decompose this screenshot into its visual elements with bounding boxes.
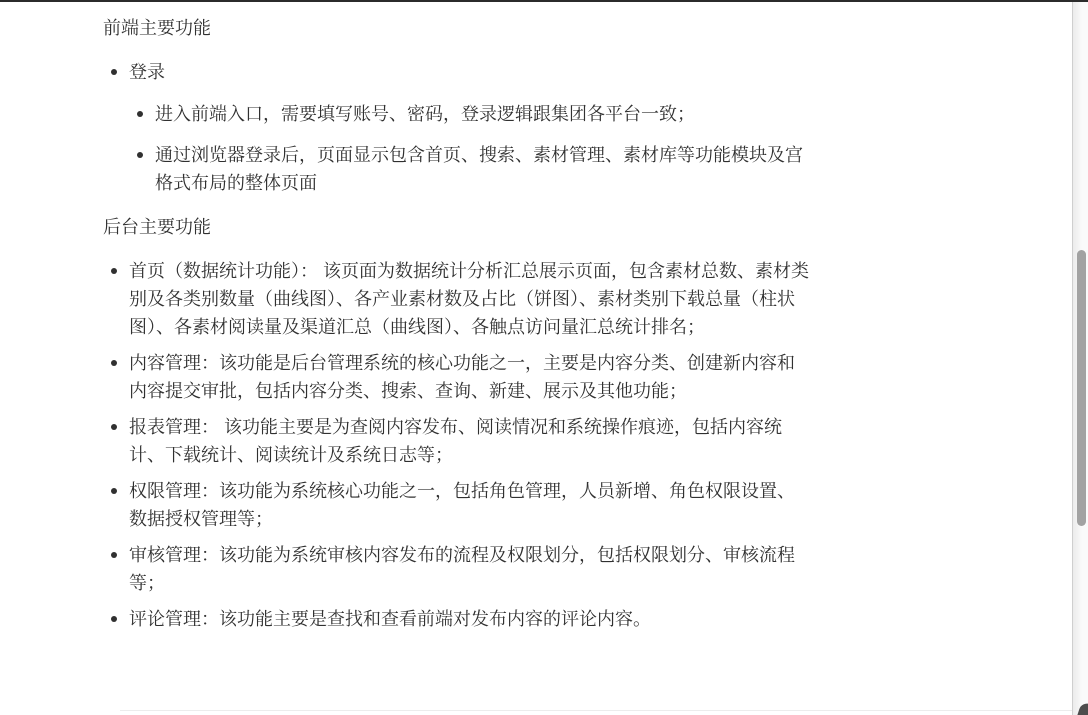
list-item-text: 评论管理：该功能主要是查找和查看前端对发布内容的评论内容。 bbox=[129, 609, 651, 629]
list-item-text: 内容管理：该功能是后台管理系统的核心功能之一，主要是内容分类、创建新内容和内容提… bbox=[129, 353, 795, 401]
list-item: 首页（数据统计功能）： 该页面为数据统计分析汇总展示页面，包含素材总数、素材类别… bbox=[129, 257, 810, 341]
bullet-icon bbox=[111, 488, 117, 494]
frontend-feature-list: 登录 进入前端入口，需要填写账号、密码，登录逻辑跟集团各平台一致； 通过浏览器登… bbox=[103, 58, 810, 197]
section-heading-backend: 后台主要功能 bbox=[103, 213, 810, 241]
scrollbar-track[interactable] bbox=[1072, 0, 1088, 715]
bullet-icon bbox=[111, 360, 117, 366]
list-item-text: 通过浏览器登录后，页面显示包含首页、搜索、素材管理、素材库等功能模块及宫格式布局… bbox=[155, 145, 803, 193]
list-item: 权限管理：该功能为系统核心功能之一，包括角色管理，人员新增、角色权限设置、数据授… bbox=[129, 477, 810, 533]
list-item: 进入前端入口，需要填写账号、密码，登录逻辑跟集团各平台一致； bbox=[155, 100, 810, 128]
bullet-icon bbox=[137, 152, 143, 158]
list-item-text: 审核管理：该功能为系统审核内容发布的流程及权限划分，包括权限划分、审核流程等； bbox=[129, 545, 795, 593]
bullet-icon bbox=[137, 111, 143, 117]
backend-feature-list: 首页（数据统计功能）： 该页面为数据统计分析汇总展示页面，包含素材总数、素材类别… bbox=[103, 257, 810, 633]
bullet-icon bbox=[111, 616, 117, 622]
login-sub-list: 进入前端入口，需要填写账号、密码，登录逻辑跟集团各平台一致； 通过浏览器登录后，… bbox=[129, 100, 810, 197]
list-item-text: 登录 bbox=[129, 62, 165, 82]
list-item: 通过浏览器登录后，页面显示包含首页、搜索、素材管理、素材库等功能模块及宫格式布局… bbox=[155, 141, 810, 197]
list-item: 报表管理： 该功能主要是为查阅内容发布、阅读情况和系统操作痕迹，包括内容统计、下… bbox=[129, 413, 810, 469]
bullet-icon bbox=[111, 69, 117, 75]
list-item: 内容管理：该功能是后台管理系统的核心功能之一，主要是内容分类、创建新内容和内容提… bbox=[129, 349, 810, 405]
list-item-text: 首页（数据统计功能）： 该页面为数据统计分析汇总展示页面，包含素材总数、素材类别… bbox=[129, 261, 809, 337]
window-top-border bbox=[0, 0, 1088, 2]
document-body: 前端主要功能 登录 进入前端入口，需要填写账号、密码，登录逻辑跟集团各平台一致；… bbox=[103, 2, 810, 641]
list-item: 审核管理：该功能为系统审核内容发布的流程及权限划分，包括权限划分、审核流程等； bbox=[129, 541, 810, 597]
bullet-icon bbox=[111, 268, 117, 274]
scrollbar-thumb[interactable] bbox=[1077, 250, 1086, 526]
list-item-text: 权限管理：该功能为系统核心功能之一，包括角色管理，人员新增、角色权限设置、数据授… bbox=[129, 481, 795, 529]
bullet-icon bbox=[111, 424, 117, 430]
content-bottom-divider bbox=[120, 710, 1073, 711]
document-page: 前端主要功能 登录 进入前端入口，需要填写账号、密码，登录逻辑跟集团各平台一致；… bbox=[0, 0, 1088, 715]
list-item-text: 报表管理： 该功能主要是为查阅内容发布、阅读情况和系统操作痕迹，包括内容统计、下… bbox=[129, 417, 782, 465]
list-item: 评论管理：该功能主要是查找和查看前端对发布内容的评论内容。 bbox=[129, 605, 810, 633]
section-heading-frontend: 前端主要功能 bbox=[103, 14, 810, 42]
list-item-text: 进入前端入口，需要填写账号、密码，登录逻辑跟集团各平台一致； bbox=[155, 104, 695, 124]
list-item: 登录 进入前端入口，需要填写账号、密码，登录逻辑跟集团各平台一致； 通过浏览器登… bbox=[129, 58, 810, 197]
bullet-icon bbox=[111, 552, 117, 558]
